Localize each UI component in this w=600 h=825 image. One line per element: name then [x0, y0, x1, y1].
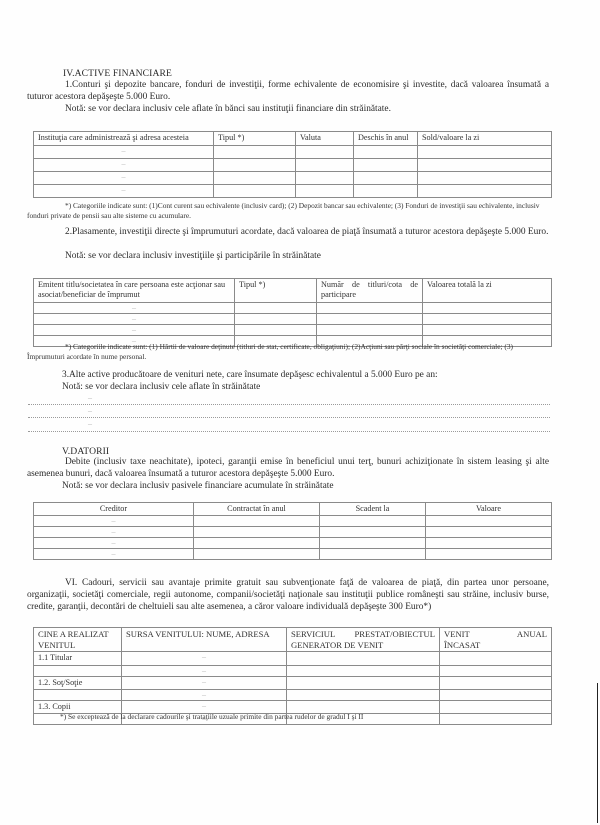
section-v-note: Notă: se vor declara inclusiv pasivele f… [62, 481, 334, 493]
header-line: CINE A REALIZAT [38, 629, 117, 640]
recipient-cell: 1.1 Titular [34, 652, 122, 665]
accounts-header-opened-year: Deschis în anul [354, 132, 418, 146]
table-row: – [34, 302, 552, 313]
header-line: GENERATOR DE VENIT [291, 640, 435, 651]
header-line: VENITANUAL [444, 629, 547, 640]
gifts-footnote: *) Se exceptează de la declarare cadouri… [60, 712, 550, 722]
cell-value: – [38, 186, 209, 194]
section-iv-item3-note: Notă: se vor declara inclusiv cele aflat… [62, 382, 260, 394]
investments-header-issuer: Emitent titlu/societatea în care persoan… [34, 279, 235, 303]
debts-header-value: Valoare [426, 503, 552, 516]
cell-value: – [126, 678, 282, 686]
table-row: – [34, 146, 552, 159]
cell-value: – [38, 326, 230, 334]
table-row: – [34, 185, 552, 198]
table-row: – [34, 324, 552, 335]
cell-value: – [38, 147, 209, 155]
line-value: – [88, 394, 92, 402]
header-word: SERVICIUL [291, 629, 335, 640]
table-row: – [34, 538, 552, 549]
section-iv-item2-text: 2.Plasamente, investiţii directe şi împr… [27, 227, 549, 239]
cell-value: – [126, 667, 282, 675]
debts-header-contracted-year: Contractat în anul [194, 503, 320, 516]
declaration-page: IV.ACTIVE FINANCIARE 1.Conturi şi depozi… [0, 0, 600, 825]
header-line: VENITUL [38, 640, 117, 651]
gifts-header-annual-income: VENITANUAL ÎNCASAT [440, 628, 552, 652]
accounts-header-type: Tipul *) [214, 132, 296, 146]
table-row: – [34, 313, 552, 324]
gifts-header-source: SURSA VENITULUI: NUME, ADRESA [122, 628, 287, 652]
investments-header-total-value: Valoarea totală la zi [423, 279, 552, 303]
cell-value: – [126, 702, 282, 710]
section-iv-title: IV.ACTIVE FINANCIARE [63, 68, 172, 80]
recipient-cell: 1.2. Soţ/Soţie [34, 676, 122, 689]
entry-line [28, 404, 550, 405]
accounts-header-currency: Valuta [296, 132, 354, 146]
gifts-header-service: SERVICIULPRESTAT/OBIECTUL GENERATOR DE V… [287, 628, 440, 652]
section-v-text: Debite (inclusiv taxe neachitate), ipote… [27, 457, 549, 481]
header-word: ANUAL [517, 629, 547, 640]
accounts-header-balance: Sold/valoare la zi [418, 132, 552, 146]
accounts-header-institution: Instituţia care administrează şi adresa … [34, 132, 214, 146]
section-vi-text: VI. Cadouri, servicii sau avantaje primi… [27, 578, 549, 613]
accounts-footnote: *) Categoriile indicate sunt: (1)Cont cu… [27, 201, 551, 221]
debts-header-due-date: Scadent la [320, 503, 426, 516]
header-word: PRESTAT/OBIECTUL [355, 629, 435, 640]
cell-value: – [126, 691, 282, 699]
header-line: ÎNCASAT [444, 640, 547, 651]
table-row: – [34, 516, 552, 527]
table-row: – [34, 159, 552, 172]
header-line: SERVICIULPRESTAT/OBIECTUL [291, 629, 435, 640]
investments-footnote: *) Categoriile indicate sunt: (1) Hârtii… [27, 342, 551, 362]
section-iv-item1-text: 1.Conturi şi depozite bancare, fonduri d… [27, 80, 549, 104]
section-iv-item2-note: Notă: se vor declara inclusiv investiţii… [65, 251, 321, 263]
section-iv-item3-text: 3.Alte active producătoare de venituri n… [62, 370, 438, 382]
debts-table: Creditor Contractat în anul Scadent la V… [33, 502, 552, 560]
cell-value: – [38, 539, 189, 547]
investments-table: Emitent titlu/societatea în care persoan… [33, 278, 552, 347]
table-row: 1.1 Titular – [34, 652, 552, 665]
entry-line [28, 431, 550, 432]
gifts-table: CINE A REALIZAT VENITUL SURSA VENITULUI:… [33, 627, 552, 725]
accounts-table: Instituţia care administrează şi adresa … [33, 131, 552, 198]
cell-value: – [126, 653, 282, 661]
cell-value: – [38, 550, 189, 558]
line-value: – [88, 420, 92, 428]
table-row: – [34, 549, 552, 560]
header-word: VENIT [444, 629, 470, 640]
cell-value: – [38, 517, 189, 525]
table-row: – [34, 527, 552, 538]
line-value: – [88, 407, 92, 415]
gifts-header-recipient: CINE A REALIZAT VENITUL [34, 628, 122, 652]
cell-value: – [38, 528, 189, 536]
debts-header-creditor: Creditor [34, 503, 194, 516]
scan-edge-divider [597, 683, 598, 823]
cell-value: – [38, 173, 209, 181]
investments-header-type: Tipul *) [235, 279, 317, 303]
table-row: – [34, 689, 552, 700]
cell-value: – [38, 160, 209, 168]
section-iv-item1-note: Notă: se vor declara inclusiv cele aflat… [65, 104, 391, 116]
table-row: – [34, 172, 552, 185]
table-row: – [34, 665, 552, 676]
entry-line [28, 417, 550, 418]
investments-header-shares: Număr de titluri/cota de participare [317, 279, 423, 303]
cell-value: – [38, 315, 230, 323]
table-row: 1.2. Soţ/Soţie – [34, 676, 552, 689]
cell-value: – [38, 304, 230, 312]
